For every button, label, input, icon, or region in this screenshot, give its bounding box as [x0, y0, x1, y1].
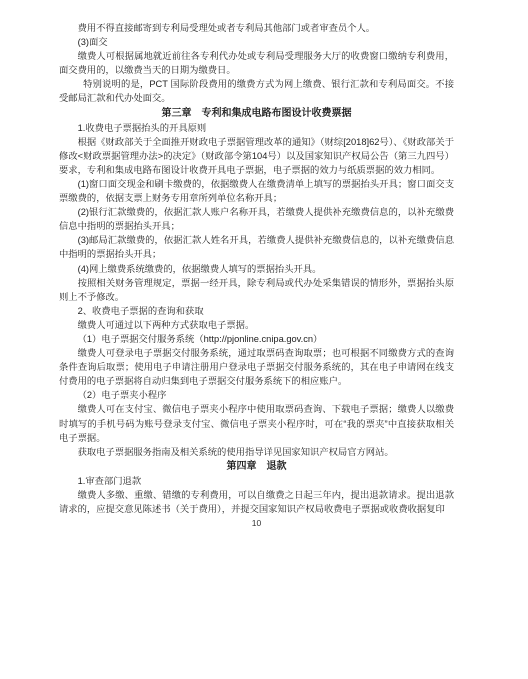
item-2-invoice-wallet-applet: （2）电子票夹小程序 — [59, 388, 454, 402]
item-1-invoice-delivery-system: （1）电子票据交付服务系统（http://pjonline.cnipa.gov.… — [59, 332, 454, 346]
paragraph-two-ways-intro: 缴费人可通过以下两种方式获取电子票据。 — [59, 318, 454, 332]
section-refund-heading: 1.审查部门退款 — [59, 474, 454, 488]
paragraph-refund-detail: 缴费人多缴、重缴、错缴的专利费用，可以自缴费之日起三年内，提出退款请求。提出退款… — [59, 488, 454, 516]
paragraph-service-guide-note: 获取电子票据服务指南及相关系统的使用指导详见国家知识产权局官方网站。 — [59, 445, 454, 459]
list-item-3-post-remittance: (3)邮局汇款缴费的，依据汇款人姓名开具，若缴费人提供补充缴费信息的，以补充缴费… — [59, 233, 454, 261]
section-2-heading: 2、收费电子票据的查询和获取 — [59, 304, 454, 318]
chapter-4-heading: 第四章 退款 — [59, 459, 454, 474]
chapter-3-heading: 第三章 专利和集成电路布图设计收费票据 — [59, 106, 454, 121]
page-number: 10 — [59, 516, 454, 530]
paragraph-delivery-system-detail: 缴费人可登录电子票据交付服务系统，通过取票码查询取票；也可根据不同缴费方式的查询… — [59, 346, 454, 388]
document-page: 费用不得直接邮寄到专利局受理处或者专利局其他部门或者审查员个人。 (3)面交 缴… — [0, 0, 528, 679]
section-1-heading: 1.收费电子票据抬头的开具原则 — [59, 121, 454, 135]
paragraph-wallet-applet-detail: 缴费人可在支付宝、微信电子票夹小程序中使用取票码查询、下载电子票据；缴费人以缴费… — [59, 402, 454, 444]
list-item-4-online-payment: (4)网上缴费系统缴费的，依据缴费人填写的票据抬头开具。 — [59, 262, 454, 276]
paragraph-invoice-title-basis: 根据《财政部关于全面推开财政电子票据管理改革的通知》（财综[2018]62号）、… — [59, 135, 454, 177]
paragraph-face-payment-detail: 缴费人可根据属地就近前往各专利代办处或专利局受理服务大厅的收费窗口缴纳专利费用，… — [59, 49, 454, 77]
paragraph-pct-note: 特别说明的是，PCT 国际阶段费用的缴费方式为网上缴费、银行汇款和专利局面交。不… — [59, 77, 454, 105]
list-item-2-bank-transfer: (2)银行汇款缴费的，依据汇款人账户名称开具，若缴费人提供补充缴费信息的，以补充… — [59, 205, 454, 233]
item-heading-face-payment: (3)面交 — [59, 35, 454, 49]
paragraph-mailing-restriction: 费用不得直接邮寄到专利局受理处或者专利局其他部门或者审查员个人。 — [59, 21, 454, 35]
paragraph-no-modification-rule: 按照相关财务管理规定，票据一经开具，除专利局或代办处采集错误的情形外，票据抬头原… — [59, 276, 454, 304]
list-item-1-window-payment: (1)窗口面交现金和刷卡缴费的，依据缴费人在缴费清单上填写的票据抬头开具；窗口面… — [59, 177, 454, 205]
